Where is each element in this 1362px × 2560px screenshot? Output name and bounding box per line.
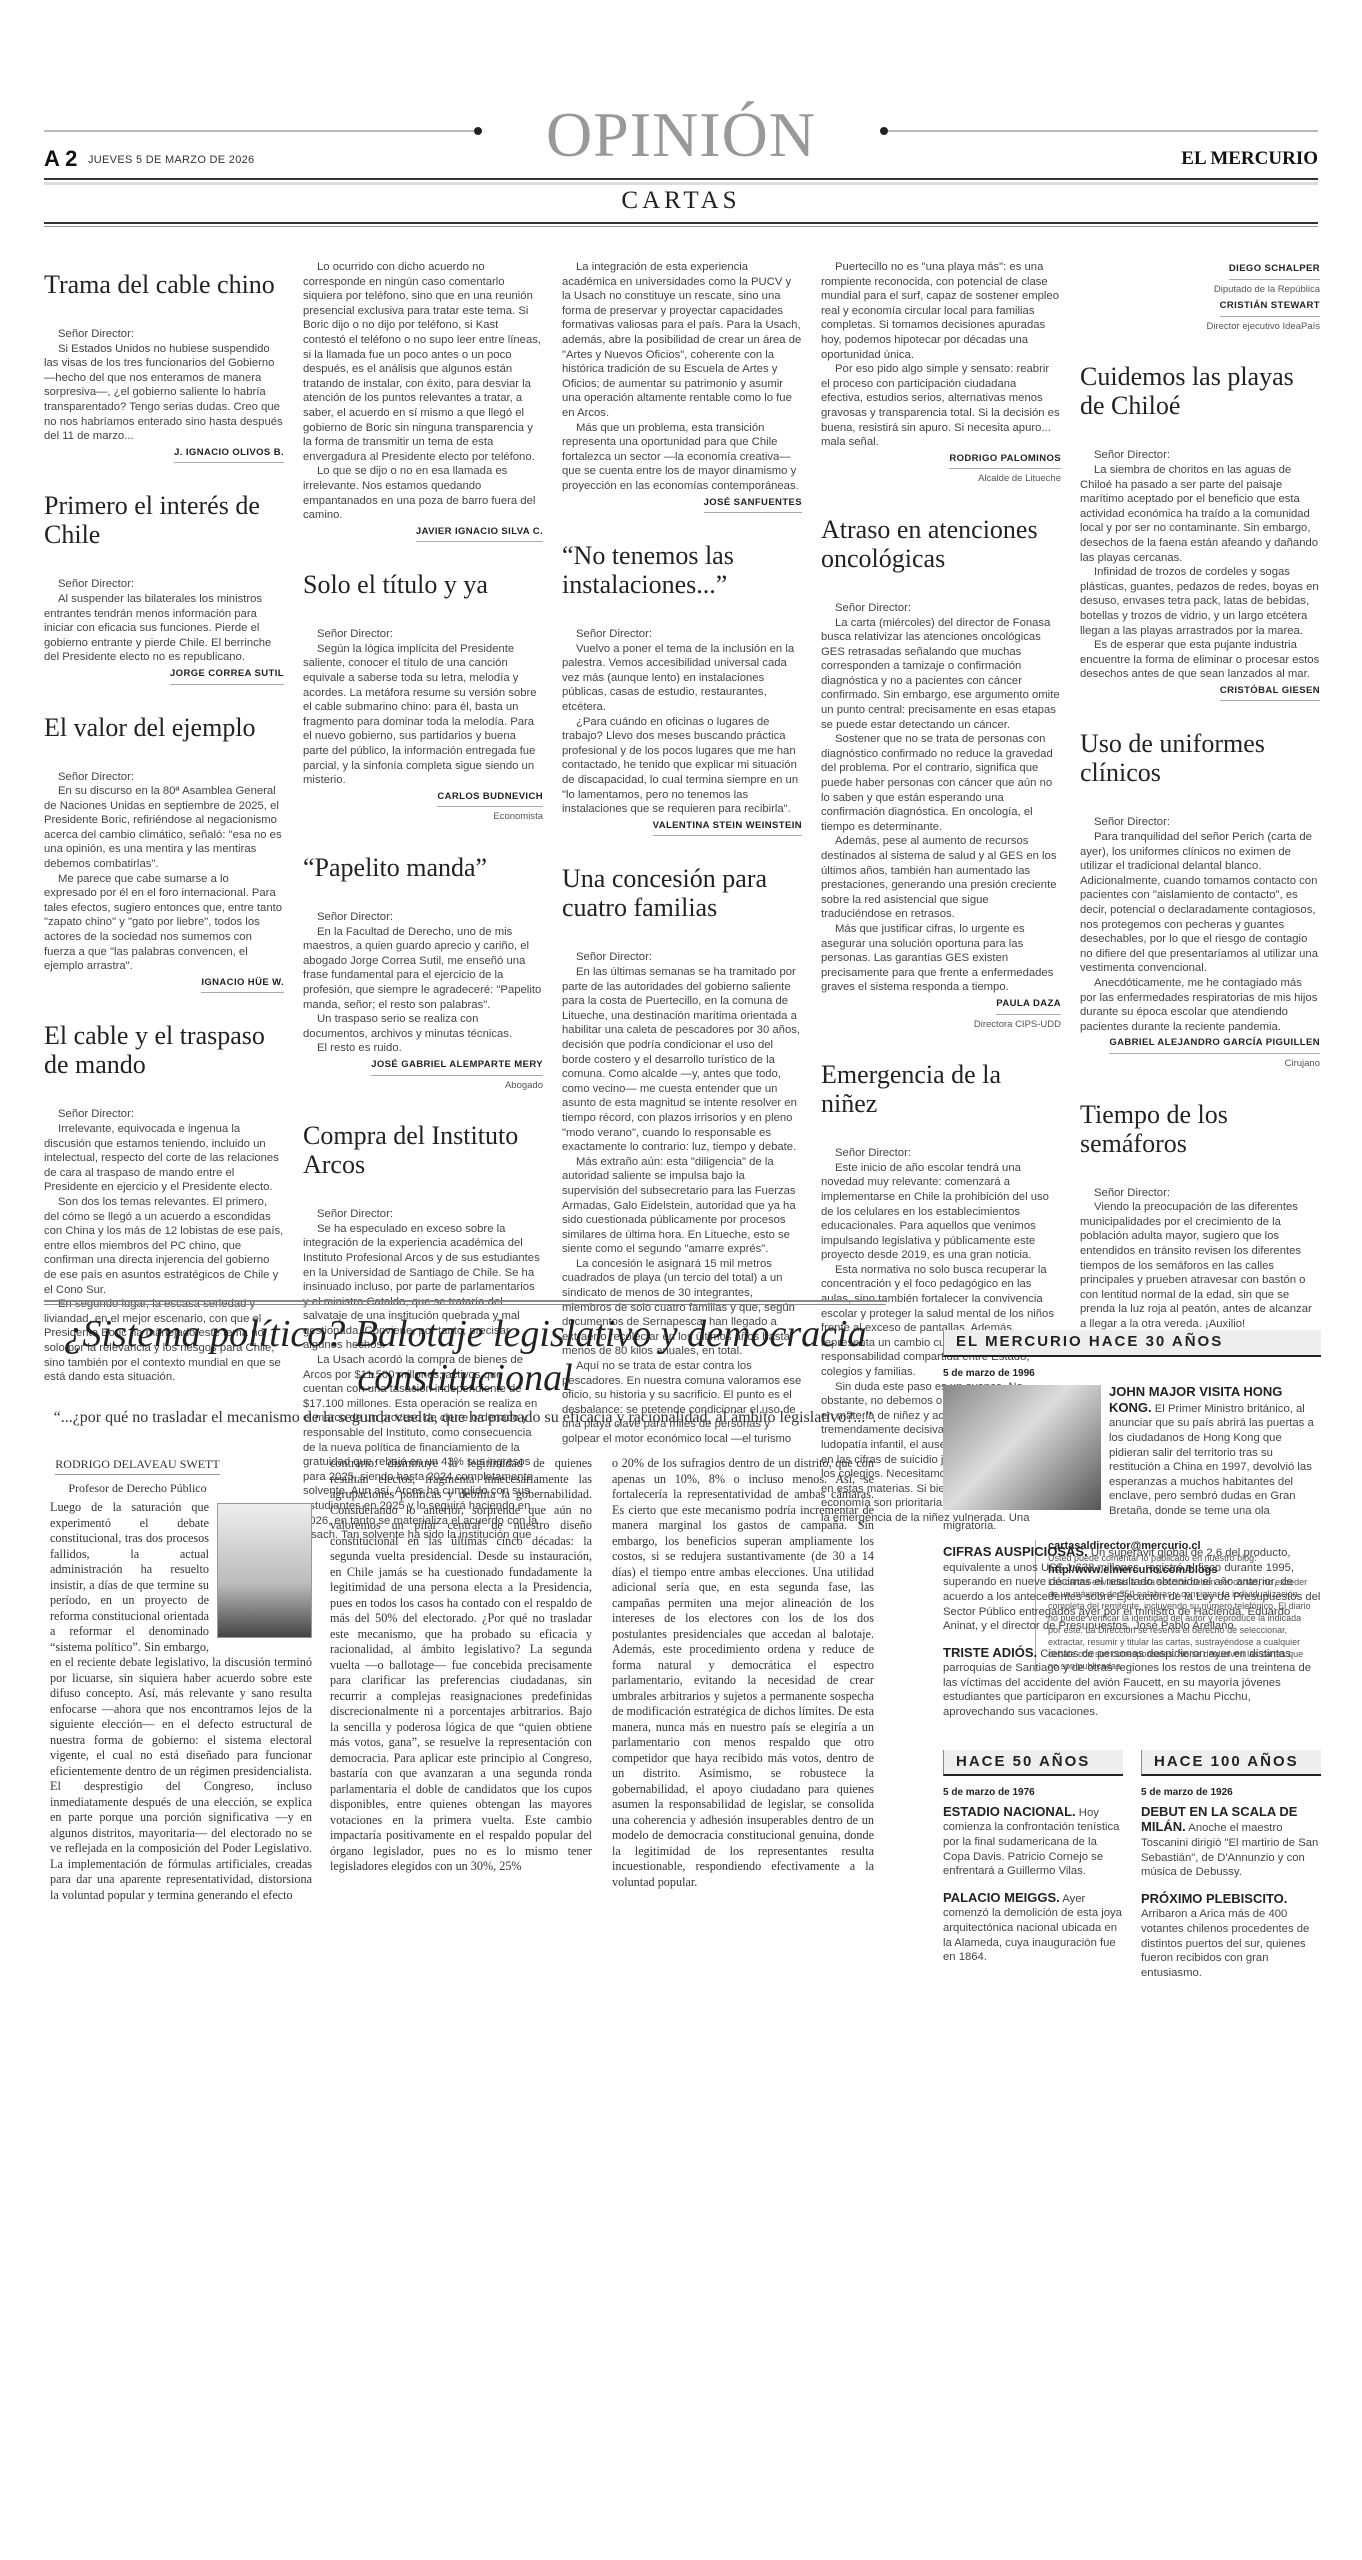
salutation: Señor Director: bbox=[44, 1107, 284, 1122]
letter-body: Puertecillo no es "una playa más": es un… bbox=[821, 260, 1061, 362]
letter-title: Atraso en atenciones oncológicas bbox=[821, 515, 1061, 573]
author-role: Profesor de Derecho Público bbox=[50, 1481, 225, 1496]
letter-body: Este inicio de año escolar tendrá una no… bbox=[821, 1161, 1061, 1263]
feature-title: ¿Sistema político? Balotaje legislativo … bbox=[44, 1312, 886, 1400]
letter-title: Emergencia de la niñez bbox=[821, 1060, 1061, 1118]
salutation: Señor Director: bbox=[562, 950, 802, 965]
letter-body: Irrelevante, equivocada e ingenua la dis… bbox=[44, 1122, 284, 1195]
letter-body: Para tranquilidad del señor Perich (cart… bbox=[1080, 830, 1320, 976]
letter-body: Lo ocurrido con dicho acuerdo no corresp… bbox=[303, 260, 543, 464]
letter-body: Me parece que cabe sumarse a lo expresad… bbox=[44, 872, 284, 974]
letter-title: El cable y el traspaso de mando bbox=[44, 1021, 284, 1079]
salutation: Señor Director: bbox=[821, 601, 1061, 616]
page-number: A 2 bbox=[44, 146, 77, 172]
feature-column-1: Luego de la saturación que experimentó e… bbox=[50, 1500, 312, 1903]
letter-body: Según la lógica implícita del Presidente… bbox=[303, 642, 543, 788]
history-30-header: EL MERCURIO HACE 30 AÑOS bbox=[943, 1330, 1321, 1357]
signature: VALENTINA STEIN WEINSTEIN bbox=[653, 819, 802, 837]
letter-body: Más extraño aún: esta "diligencia" de la… bbox=[562, 1155, 802, 1257]
letter-body: Más que justificar cifras, lo urgente es… bbox=[821, 922, 1061, 995]
letter-body: Son dos los temas relevantes. El primero… bbox=[44, 1195, 284, 1297]
history-item: TRISTE ADIÓS. Cientos de personas despid… bbox=[943, 1646, 1321, 1720]
history-sidebar: EL MERCURIO HACE 30 AÑOS 5 de marzo de 1… bbox=[943, 1330, 1321, 1980]
signature: GABRIEL ALEJANDRO GARCÍA PIGUILLEN bbox=[1109, 1036, 1320, 1054]
signature: CARLOS BUDNEVICH bbox=[437, 790, 543, 808]
signer-role: Directora CIPS-UDD bbox=[821, 1018, 1061, 1033]
feature-byline: RODRIGO DELAVEAU SWETT Profesor de Derec… bbox=[50, 1457, 225, 1496]
signer-role: Cirujano bbox=[1080, 1057, 1320, 1072]
signature: DIEGO SCHALPER bbox=[1229, 262, 1320, 280]
feature-text: contrario: disminuye la legitimidad de q… bbox=[330, 1456, 592, 1873]
history-100-date: 5 de marzo de 1926 bbox=[1141, 1786, 1321, 1801]
letter-body: Es de esperar que esta pujante industria… bbox=[1080, 638, 1320, 682]
salutation: Señor Director: bbox=[44, 327, 284, 342]
signature: JAVIER IGNACIO SILVA C. bbox=[416, 525, 543, 543]
letter-body: En las últimas semanas se ha tramitado p… bbox=[562, 965, 802, 1155]
letter-body: En la Facultad de Derecho, uno de mis ma… bbox=[303, 925, 543, 1013]
signature: JORGE CORREA SUTIL bbox=[170, 667, 284, 685]
history-100-header: HACE 100 AÑOS bbox=[1141, 1750, 1321, 1777]
history-100: HACE 100 AÑOS 5 de marzo de 1926 DEBUT E… bbox=[1141, 1750, 1321, 1981]
archive-photo bbox=[943, 1385, 1101, 1510]
item-headline: ESTADIO NACIONAL. bbox=[943, 1804, 1076, 1819]
letter-body: La siembra de choritos en las aguas de C… bbox=[1080, 463, 1320, 565]
item-text: Arribaron a Arica más de 400 votantes ch… bbox=[1141, 1908, 1309, 1978]
item-headline: TRISTE ADIÓS. bbox=[943, 1645, 1037, 1660]
letter-body: Anecdóticamente, me he contagiado más po… bbox=[1080, 976, 1320, 1034]
signature: CRISTIÁN STEWART bbox=[1220, 299, 1320, 317]
author-photo bbox=[217, 1503, 312, 1638]
salutation: Señor Director: bbox=[303, 910, 543, 925]
item-headline: PALACIO MEIGGS. bbox=[943, 1890, 1060, 1905]
letter-body: Viendo la preocupación de las diferentes… bbox=[1080, 1200, 1320, 1331]
letter: El valor del ejemploSeñor Director:En su… bbox=[44, 713, 284, 994]
letter-body: Más que un problema, esta transición rep… bbox=[562, 421, 802, 494]
salutation: Señor Director: bbox=[303, 627, 543, 642]
signer-role: Abogado bbox=[303, 1079, 543, 1094]
subsection-title: CARTAS bbox=[44, 187, 1318, 215]
signature: IGNACIO HÜE W. bbox=[201, 976, 284, 994]
history-50: HACE 50 AÑOS 5 de marzo de 1976 ESTADIO … bbox=[943, 1750, 1123, 1981]
signer-role: Diputado de la República bbox=[1080, 283, 1320, 298]
feature-text: o 20% de los sufragios dentro de un dist… bbox=[612, 1456, 874, 1889]
letters-column-5: DIEGO SCHALPERDiputado de la República C… bbox=[1080, 260, 1320, 1351]
letter: Primero el interés de ChileSeñor Directo… bbox=[44, 491, 284, 684]
salutation: Señor Director: bbox=[1080, 815, 1320, 830]
signer-role: Alcalde de Litueche bbox=[821, 472, 1061, 487]
cartas-divider-thin bbox=[44, 226, 1318, 227]
feature-pull-quote: “...¿por qué no trasladar el mecanismo d… bbox=[44, 1405, 886, 1430]
history-item: CIFRAS AUSPICIOSAS. Un superávit global … bbox=[943, 1545, 1321, 1634]
letters-grid: Trama del cable chinoSeñor Director:Si E… bbox=[44, 260, 1320, 1220]
letter-body: Sostener que no se trata de personas con… bbox=[821, 732, 1061, 834]
signer-role: Economista bbox=[303, 810, 543, 825]
salutation: Señor Director: bbox=[1080, 448, 1320, 463]
history-50-header: HACE 50 AÑOS bbox=[943, 1750, 1123, 1777]
letter-body: Vuelvo a poner el tema de la inclusión e… bbox=[562, 642, 802, 715]
header-divider-shade bbox=[44, 182, 1318, 185]
signature: RODRIGO PALOMINOS bbox=[949, 452, 1061, 470]
page-header: OPINIÓN A 2 JUEVES 5 DE MARZO DE 2026 EL… bbox=[44, 100, 1318, 230]
cartas-divider bbox=[44, 222, 1318, 224]
item-headline: CIFRAS AUSPICIOSAS. bbox=[943, 1544, 1088, 1559]
author-name: RODRIGO DELAVEAU SWETT bbox=[55, 1457, 219, 1475]
history-30-date: 5 de marzo de 1996 bbox=[943, 1367, 1321, 1382]
header-rule-right bbox=[888, 130, 1318, 132]
letter-body: Lo que se dijo o no en esa llamada es ir… bbox=[303, 464, 543, 522]
signature: PAULA DAZA bbox=[996, 997, 1061, 1015]
signature: J. IGNACIO OLIVOS B. bbox=[174, 446, 284, 464]
salutation: Señor Director: bbox=[1080, 1186, 1320, 1201]
letter-title: Primero el interés de Chile bbox=[44, 491, 284, 549]
letter-body: Infinidad de trozos de cordeles y sogas … bbox=[1080, 565, 1320, 638]
letter-title: “No tenemos las instalaciones...” bbox=[562, 541, 802, 599]
header-divider bbox=[44, 178, 1318, 180]
letter-body: La carta (miércoles) del director de Fon… bbox=[821, 616, 1061, 733]
letter-body: La integración de esta experiencia acadé… bbox=[562, 260, 802, 421]
signature: JOSÉ SANFUENTES bbox=[704, 496, 802, 514]
letter-title: El valor del ejemplo bbox=[44, 713, 284, 742]
letter-title: Tiempo de los semáforos bbox=[1080, 1100, 1320, 1158]
letter-body: En su discurso en la 80ª Asamblea Genera… bbox=[44, 784, 284, 872]
letter-title: Uso de uniformes clínicos bbox=[1080, 729, 1320, 787]
item-headline: PRÓXIMO PLEBISCITO. bbox=[1141, 1891, 1287, 1906]
letter-body: Si Estados Unidos no hubiese suspendido … bbox=[44, 342, 284, 444]
salutation: Señor Director: bbox=[44, 577, 284, 592]
letters-column-3: La integración de esta experiencia acadé… bbox=[562, 260, 802, 1447]
letter-title: Trama del cable chino bbox=[44, 270, 284, 299]
letter-title: Cuidemos las playas de Chiloé bbox=[1080, 362, 1320, 420]
salutation: Señor Director: bbox=[821, 1146, 1061, 1161]
salutation: Señor Director: bbox=[44, 770, 284, 785]
letters-column-1: Trama del cable chinoSeñor Director:Si E… bbox=[44, 260, 284, 1385]
feature-divider bbox=[44, 1300, 886, 1305]
feature-column-2: contrario: disminuye la legitimidad de q… bbox=[330, 1456, 592, 1875]
salutation: Señor Director: bbox=[303, 1207, 543, 1222]
letter-title: Compra del Instituto Arcos bbox=[303, 1121, 543, 1179]
letter-body: ¿Para cuándo en oficinas o lugares de tr… bbox=[562, 715, 802, 817]
history-50-date: 5 de marzo de 1976 bbox=[943, 1786, 1123, 1801]
issue-date: JUEVES 5 DE MARZO DE 2026 bbox=[88, 154, 254, 166]
history-item: JOHN MAJOR VISITA HONG KONG. El Primer M… bbox=[943, 1385, 1321, 1533]
letter-body: Al suspender las bilaterales los ministr… bbox=[44, 592, 284, 665]
letter-title: “Papelito manda” bbox=[303, 853, 543, 882]
item-text: Un superávit global de 2,6 del producto,… bbox=[943, 1547, 1320, 1632]
signer-role: Director ejecutivo IdeaPaís bbox=[1080, 320, 1320, 335]
letter-body: Además, pese al aumento de recursos dest… bbox=[821, 834, 1061, 922]
letter-title: Una concesión para cuatro familias bbox=[562, 864, 802, 922]
newspaper-brand: EL MERCURIO bbox=[1181, 148, 1318, 170]
letter-body: Por eso pido algo simple y sensato: reab… bbox=[821, 362, 1061, 450]
letter-body: El resto es ruido. bbox=[303, 1041, 543, 1056]
letter-body: Un traspaso serio se realiza con documen… bbox=[303, 1012, 543, 1041]
feature-column-3: o 20% de los sufragios dentro de un dist… bbox=[612, 1456, 874, 1890]
letter: Trama del cable chinoSeñor Director:Si E… bbox=[44, 270, 284, 463]
salutation: Señor Director: bbox=[562, 627, 802, 642]
signature: CRISTÓBAL GIESEN bbox=[1220, 684, 1320, 702]
header-dot-right bbox=[880, 127, 888, 135]
signature: JOSÉ GABRIEL ALEMPARTE MERY bbox=[371, 1058, 543, 1076]
letter-title: Solo el título y ya bbox=[303, 570, 543, 599]
